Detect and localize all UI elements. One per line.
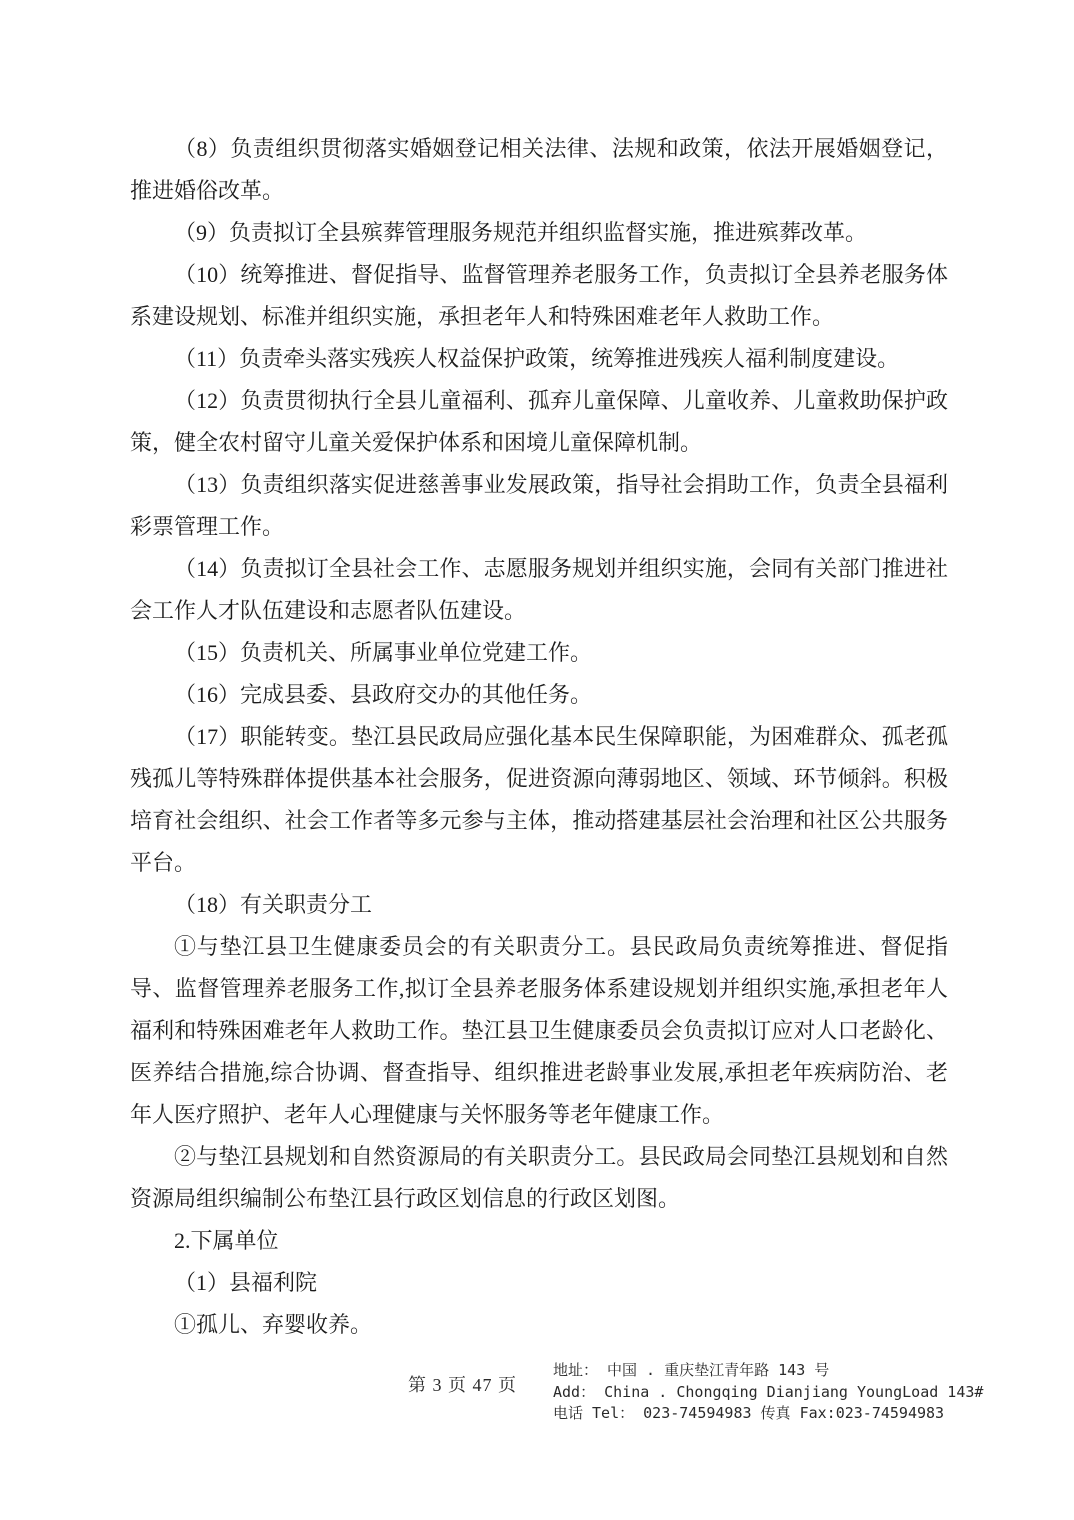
paragraph: ①孤儿、弃婴收养。: [130, 1304, 948, 1346]
document-page: （8）负责组织贯彻落实婚姻登记相关法律、法规和政策，依法开展婚姻登记，推进婚俗改…: [0, 0, 1074, 1520]
paragraph: （10）统筹推进、督促指导、监督管理养老服务工作，负责拟订全县养老服务体系建设规…: [130, 254, 948, 338]
paragraph: （1）县福利院: [130, 1262, 948, 1304]
paragraph: （15）负责机关、所属事业单位党建工作。: [130, 632, 948, 674]
paragraph: （9）负责拟订全县殡葬管理服务规范并组织监督实施，推进殡葬改革。: [130, 212, 948, 254]
paragraph: （11）负责牵头落实残疾人权益保护政策，统筹推进残疾人福利制度建设。: [130, 338, 948, 380]
paragraph: （18）有关职责分工: [130, 884, 948, 926]
page-footer: 第 3 页 47 页 地址： 中国 . 重庆垫江青年路 143 号 Add： C…: [0, 1358, 1074, 1438]
document-body: （8）负责组织贯彻落实婚姻登记相关法律、法规和政策，依法开展婚姻登记，推进婚俗改…: [130, 128, 948, 1346]
paragraph: 2.下属单位: [130, 1220, 948, 1262]
page-number: 第 3 页 47 页: [408, 1371, 517, 1397]
paragraph: （12）负责贯彻执行全县儿童福利、孤弃儿童保障、儿童收养、儿童救助保护政策，健全…: [130, 380, 948, 464]
paragraph: （8）负责组织贯彻落实婚姻登记相关法律、法规和政策，依法开展婚姻登记，推进婚俗改…: [130, 128, 948, 212]
paragraph: （16）完成县委、县政府交办的其他任务。: [130, 674, 948, 716]
paragraph: （17）职能转变。垫江县民政局应强化基本民生保障职能，为困难群众、孤老孤残孤儿等…: [130, 716, 948, 884]
footer-address-line-cn: 地址： 中国 . 重庆垫江青年路 143 号: [553, 1360, 983, 1382]
paragraph: （14）负责拟订全县社会工作、志愿服务规划并组织实施，会同有关部门推进社会工作人…: [130, 548, 948, 632]
footer-address: 地址： 中国 . 重庆垫江青年路 143 号 Add： China . Chon…: [553, 1360, 983, 1425]
footer-phone-fax-line: 电话 Tel： 023-74594983 传真 Fax:023-74594983: [553, 1403, 983, 1425]
paragraph: （13）负责组织落实促进慈善事业发展政策，指导社会捐助工作，负责全县福利彩票管理…: [130, 464, 948, 548]
paragraph: ②与垫江县规划和自然资源局的有关职责分工。县民政局会同垫江县规划和自然资源局组织…: [130, 1136, 948, 1220]
footer-address-line-en: Add： China . Chongqing Dianjiang YoungLo…: [553, 1382, 983, 1404]
paragraph: ①与垫江县卫生健康委员会的有关职责分工。县民政局负责统筹推进、督促指导、监督管理…: [130, 926, 948, 1136]
